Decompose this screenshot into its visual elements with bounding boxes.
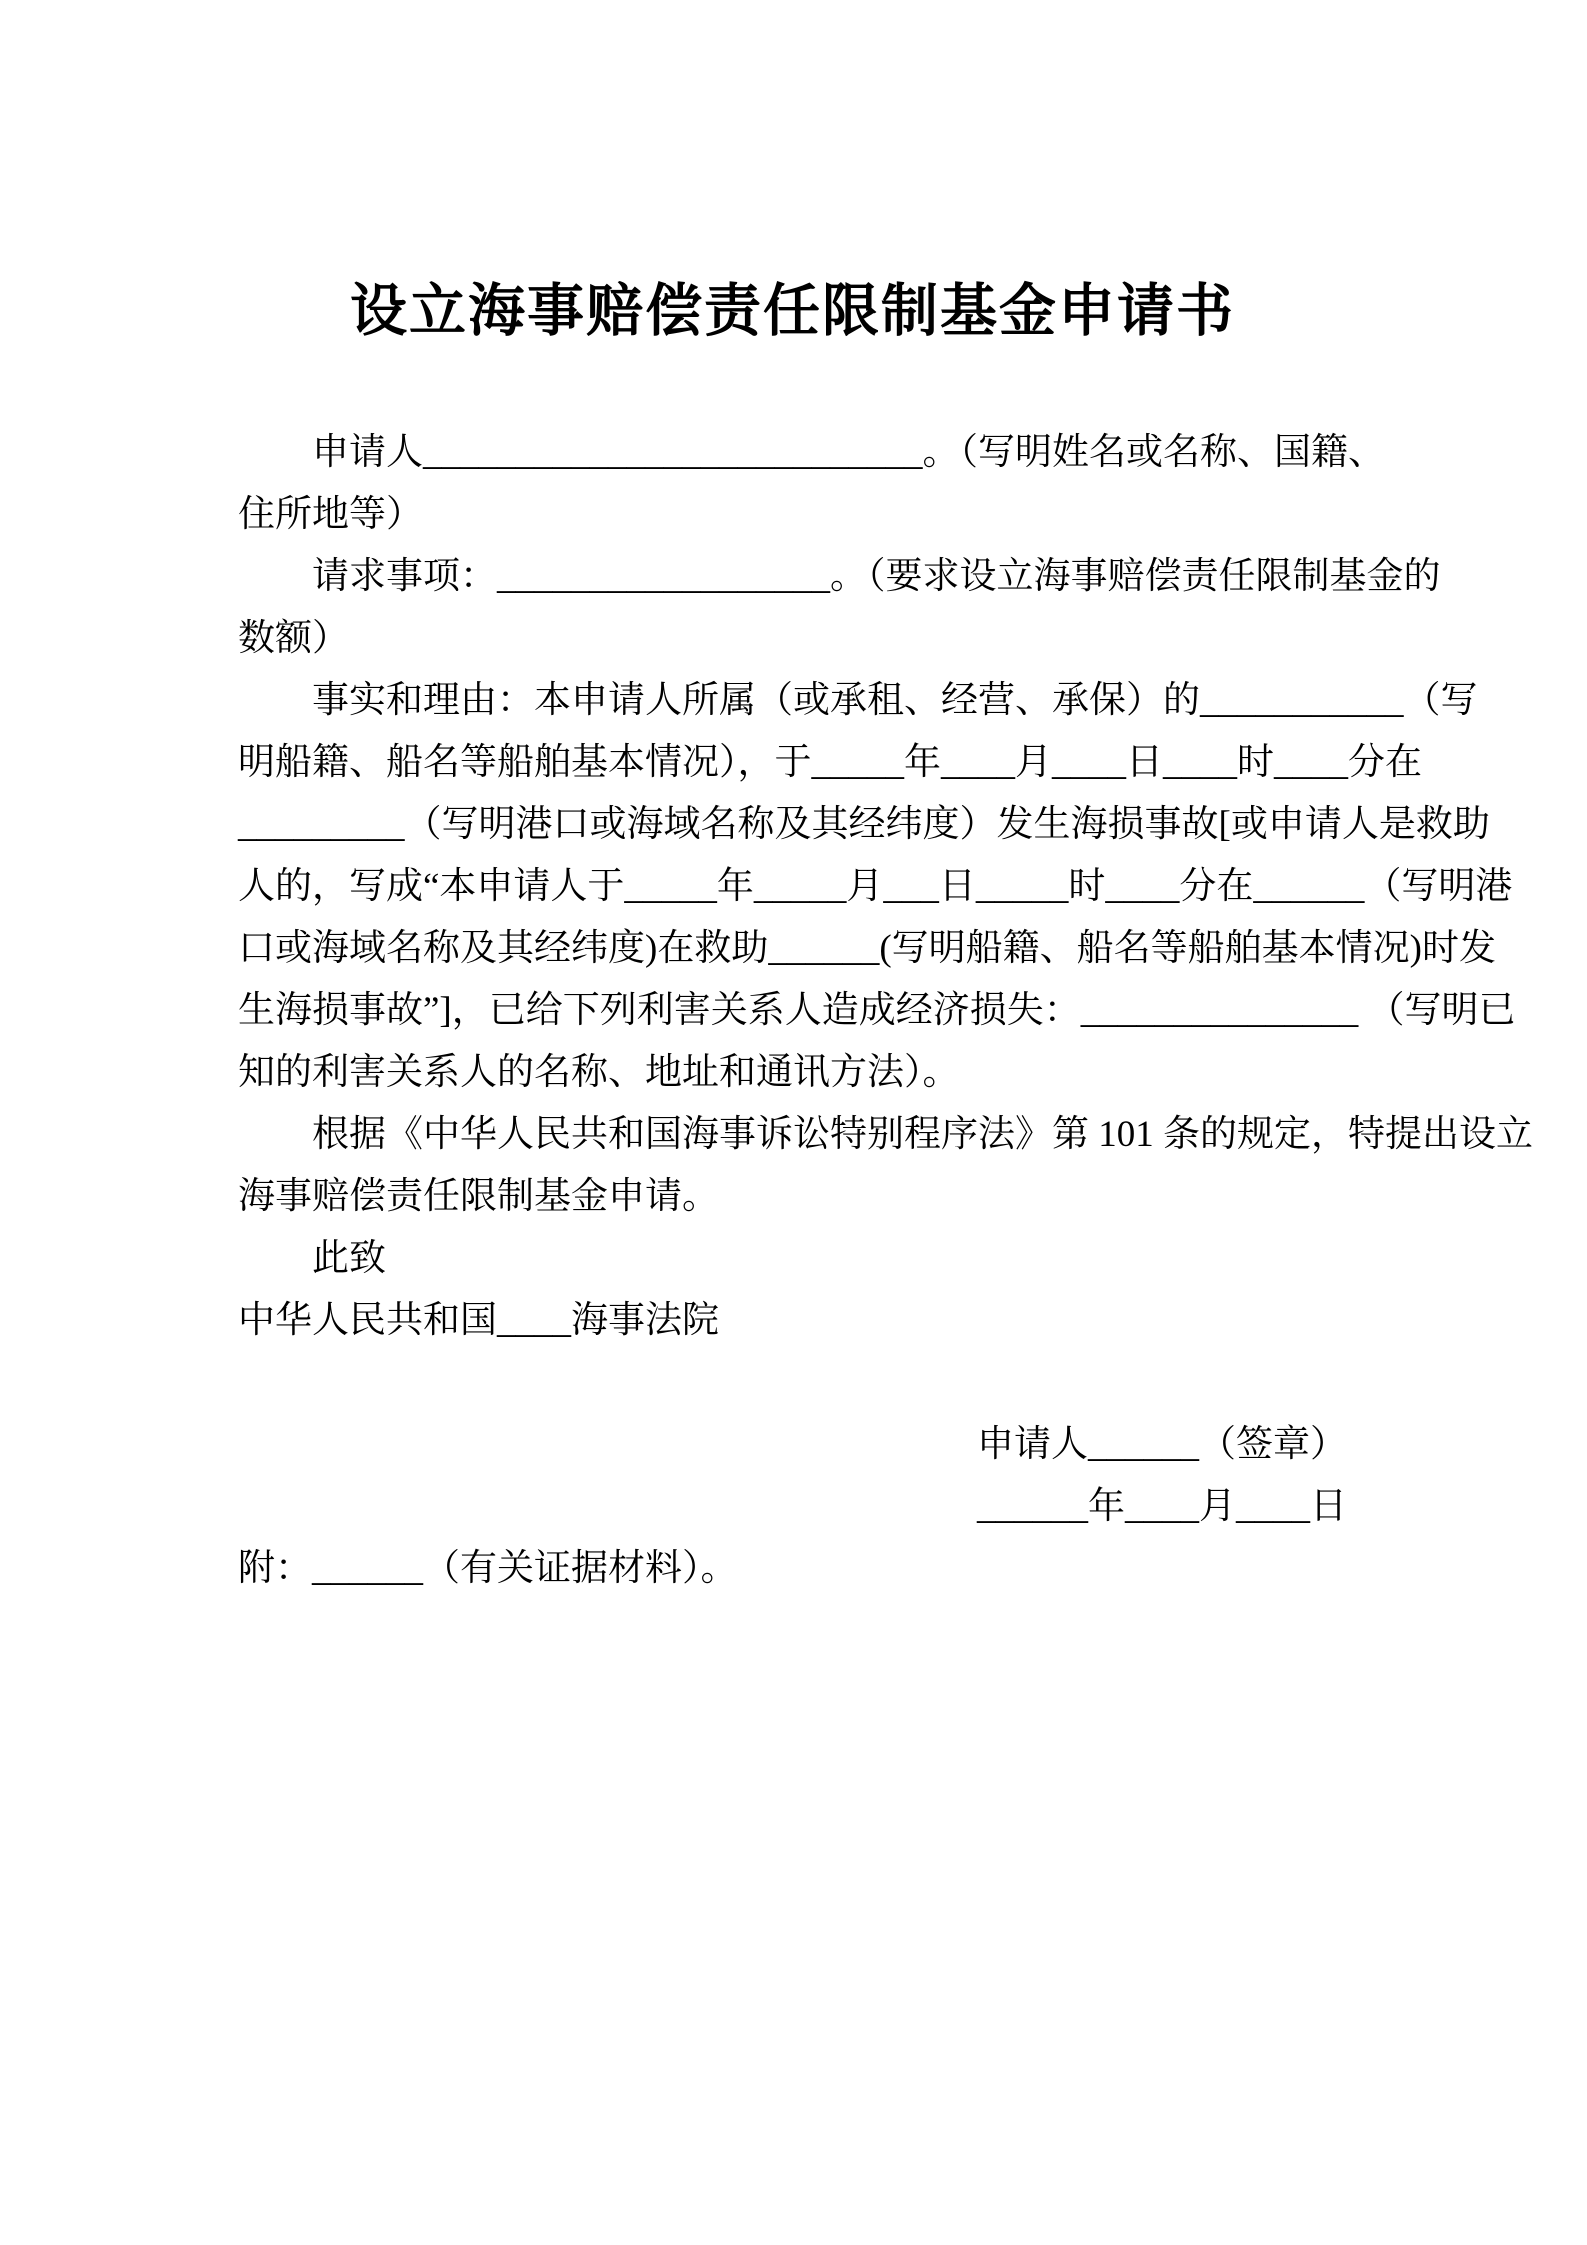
line-court: 中华人民共和国____海事法院 xyxy=(238,1290,1347,1352)
line-legal-basis-1: 根据《中华人民共和国海事诉讼特别程序法》第 101 条的规定，特提出设立 xyxy=(238,1104,1347,1166)
line-date: ______年____月____日 xyxy=(238,1476,1347,1538)
line-amount: 数额） xyxy=(238,608,1347,670)
line-domicile: 住所地等） xyxy=(238,484,1347,546)
line-facts-2: 明船籍、船名等船舶基本情况），于_____年____月____日____时___… xyxy=(238,732,1347,794)
document-body: 申请人___________________________。（写明姓名或名称、… xyxy=(238,422,1347,1600)
line-legal-basis-2: 海事赔偿责任限制基金申请。 xyxy=(238,1166,1347,1228)
line-signature: 申请人______（签章） xyxy=(238,1414,1347,1476)
line-facts-4: 人的，写成“本申请人于_____年_____月___日_____时____分在_… xyxy=(238,856,1347,918)
line-applicant: 申请人___________________________。（写明姓名或名称、… xyxy=(238,422,1347,484)
line-salutation: 此致 xyxy=(238,1228,1347,1290)
line-facts-6: 生海损事故”]，已给下列利害关系人造成经济损失：_______________ … xyxy=(238,980,1347,1042)
line-spacer xyxy=(238,1352,1347,1414)
document-content: 设立海事赔偿责任限制基金申请书 申请人_____________________… xyxy=(0,0,1587,1600)
line-attachment: 附：______（有关证据材料）。 xyxy=(238,1538,1347,1600)
line-facts-1: 事实和理由：本申请人所属（或承租、经营、承保）的___________（写 xyxy=(238,670,1347,732)
line-facts-3: _________（写明港口或海域名称及其经纬度）发生海损事故[或申请人是救助 xyxy=(238,794,1347,856)
document-page: 设立海事赔偿责任限制基金申请书 申请人_____________________… xyxy=(0,0,1587,2245)
line-facts-7: 知的利害关系人的名称、地址和通讯方法）。 xyxy=(238,1042,1347,1104)
line-facts-5: 口或海域名称及其经纬度)在救助______(写明船籍、船名等船舶基本情况)时发 xyxy=(238,918,1347,980)
line-claim-items: 请求事项：__________________。（要求设立海事赔偿责任限制基金的 xyxy=(238,546,1347,608)
document-title: 设立海事赔偿责任限制基金申请书 xyxy=(238,0,1347,358)
